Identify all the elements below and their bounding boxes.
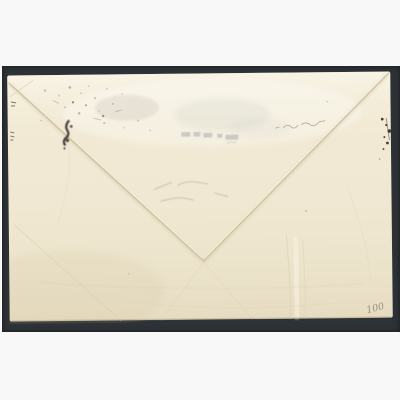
envelope-back: 100 xyxy=(7,71,394,324)
page-background: 100 xyxy=(0,0,400,400)
photo-frame: 100 xyxy=(2,66,400,332)
envelope-photo: 100 xyxy=(7,71,394,324)
